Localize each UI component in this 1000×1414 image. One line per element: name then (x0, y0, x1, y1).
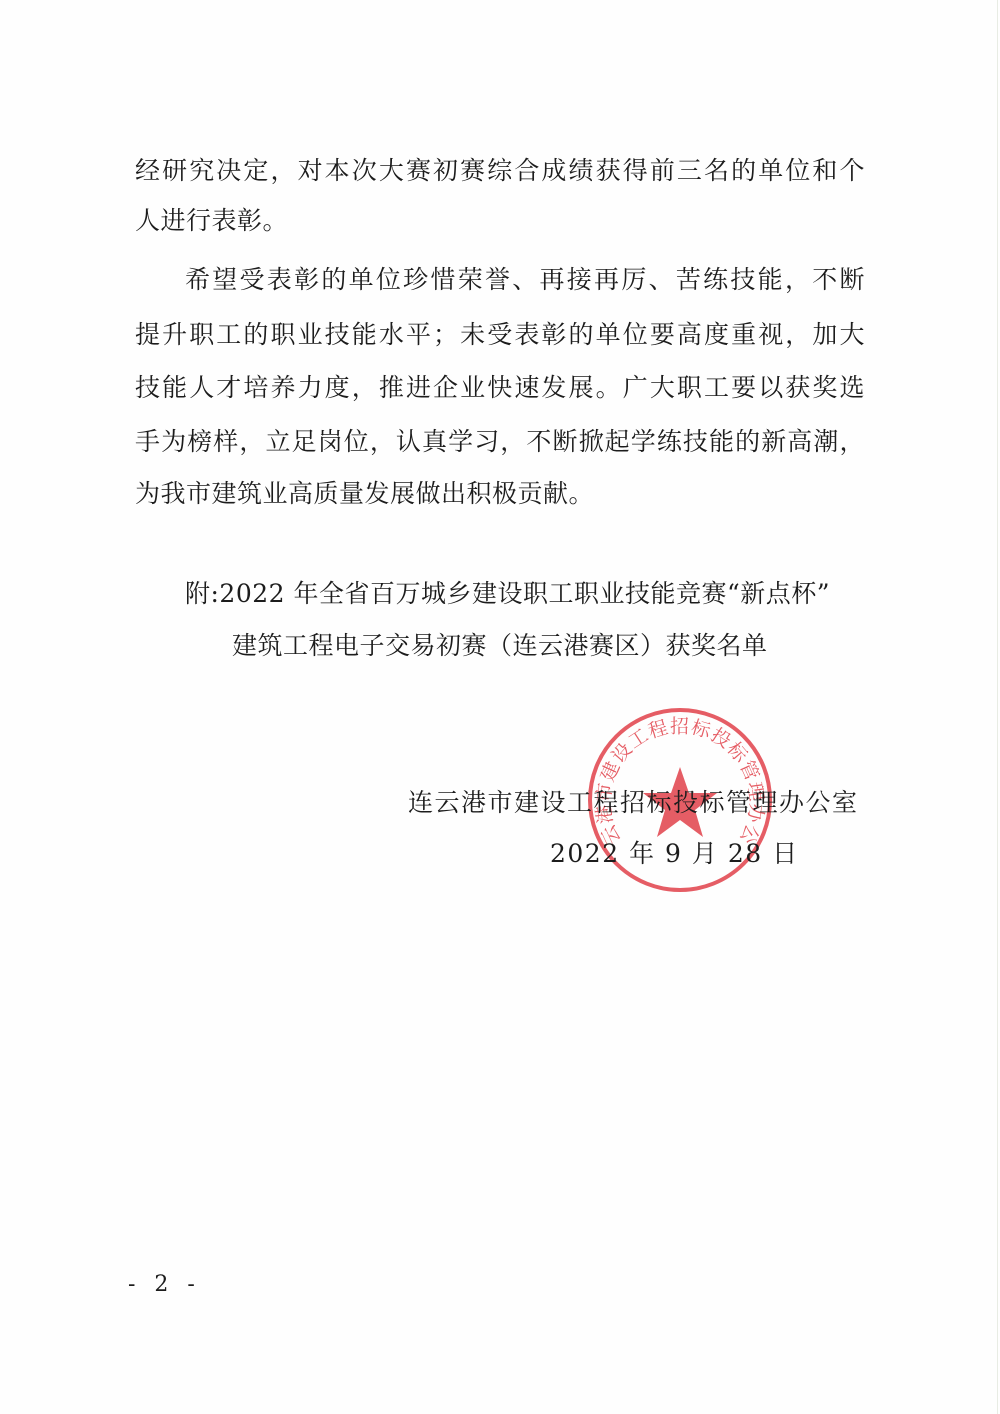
document-page: 经研究决定，对本次大赛初赛综合成绩获得前三名的单位和个 人进行表彰。 希望受表彰… (0, 0, 1000, 1414)
seal-text: 连云港市建设工程招标投标管理办公室 (585, 705, 768, 848)
signing-organization: 连云港市建设工程招标投标管理办公室 (408, 788, 859, 818)
scan-edge (997, 0, 998, 1414)
paragraph-2-line-4: 手为榜样，立足岗位，认真学习，不断掀起学练技能的新高潮， (135, 427, 865, 457)
paragraph-2-line-5: 为我市建筑业高质量发展做出积极贡献。 (135, 479, 865, 509)
paragraph-2-line-3: 技能人才培养力度，推进企业快速发展。广大职工要以获奖选 (135, 373, 865, 403)
paragraph-2-line-1: 希望受表彰的单位珍惜荣誉、再接再厉、苦练技能，不断 (185, 265, 865, 295)
page-number: - 2 - (128, 1272, 201, 1297)
signing-date: 2022 年 9 月 28 日 (550, 839, 799, 869)
svg-text:连云港市建设工程招标投标管理办公室: 连云港市建设工程招标投标管理办公室 (585, 705, 768, 848)
attachment-line-1: 附:2022 年全省百万城乡建设职工职业技能竞赛“新点杯” (185, 579, 885, 609)
attachment-line-2: 建筑工程电子交易初赛（连云港赛区）获奖名单 (232, 631, 832, 661)
paragraph-1-line-2: 人进行表彰。 (135, 206, 865, 236)
paragraph-1-line-1: 经研究决定，对本次大赛初赛综合成绩获得前三名的单位和个 (135, 156, 865, 186)
paragraph-2-line-2: 提升职工的职业技能水平；未受表彰的单位要高度重视，加大 (135, 320, 865, 350)
